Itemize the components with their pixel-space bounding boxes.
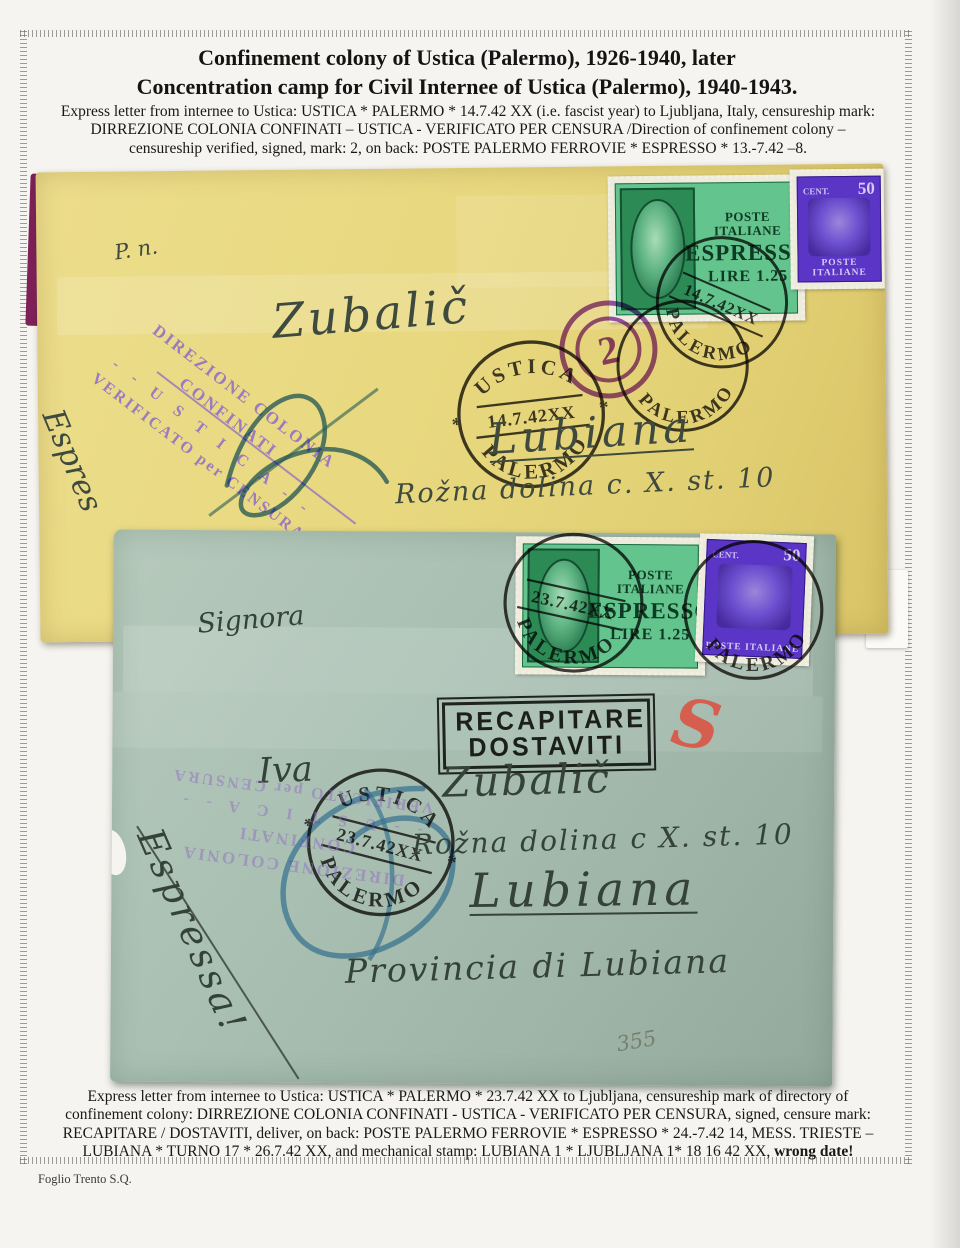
top-description-line2: DIRREZIONE COLONIA CONFINATI – USTICA - … <box>34 121 902 139</box>
album-page: Confinement colony of Ustica (Palermo), … <box>0 0 960 1248</box>
top-description-line1: Express letter from internee to Ustica: … <box>34 103 902 121</box>
king-portrait <box>808 198 871 257</box>
svg-text:23.7.42XX: 23.7.42XX <box>530 587 616 624</box>
bottom-description-line3: RECAPITARE / DOSTAVITI, deliver, on back… <box>34 1125 902 1143</box>
scanner-edge-shadow <box>930 0 960 1248</box>
top-description-line3: censureship verified, signed, mark: 2, o… <box>34 140 902 158</box>
svg-text:*: * <box>451 414 463 436</box>
handwritten-sender-note: P. n. <box>113 234 160 264</box>
torn-edge-notch <box>110 827 130 877</box>
collection-caption: Foglio Trento S.Q. <box>38 1172 132 1187</box>
stamp-denomination: 50 <box>858 179 875 199</box>
page-title: Confinement colony of Ustica (Palermo), … <box>30 44 904 101</box>
frame-border-left <box>20 30 27 1164</box>
handwritten-express: Espres <box>36 404 110 517</box>
bottom-description-line4: LUBIANA * TURNO 17 * 26.7.42 XX, and mec… <box>34 1143 902 1161</box>
top-description: Express letter from internee to Ustica: … <box>34 103 902 158</box>
wrong-date-note: wrong date! <box>774 1143 853 1160</box>
censor-signature-scrawl <box>188 364 400 536</box>
bottom-description-line2: confinement colony: DIRREZIONE COLONIA C… <box>34 1106 902 1124</box>
handwritten-city: Lubiana <box>469 862 697 919</box>
envelope-2: POSTE ITALIANE ESPRESSO LIRE 1.25 CENT. … <box>110 529 836 1086</box>
frame-border-top <box>20 30 912 37</box>
pencil-number: 355 <box>615 1026 659 1056</box>
svg-text:PALERMO: PALERMO <box>700 625 815 682</box>
stamp-currency-label: CENT. <box>803 186 830 196</box>
bottom-description-line1: Express letter from internee to Ustica: … <box>34 1088 902 1106</box>
bottom-description: Express letter from internee to Ustica: … <box>34 1088 902 1161</box>
page-title-line2: Concentration camp for Civil Internee of… <box>30 73 904 102</box>
svg-text:USTICA: USTICA <box>467 348 586 402</box>
page-title-line1: Confinement colony of Ustica (Palermo), … <box>30 44 904 73</box>
